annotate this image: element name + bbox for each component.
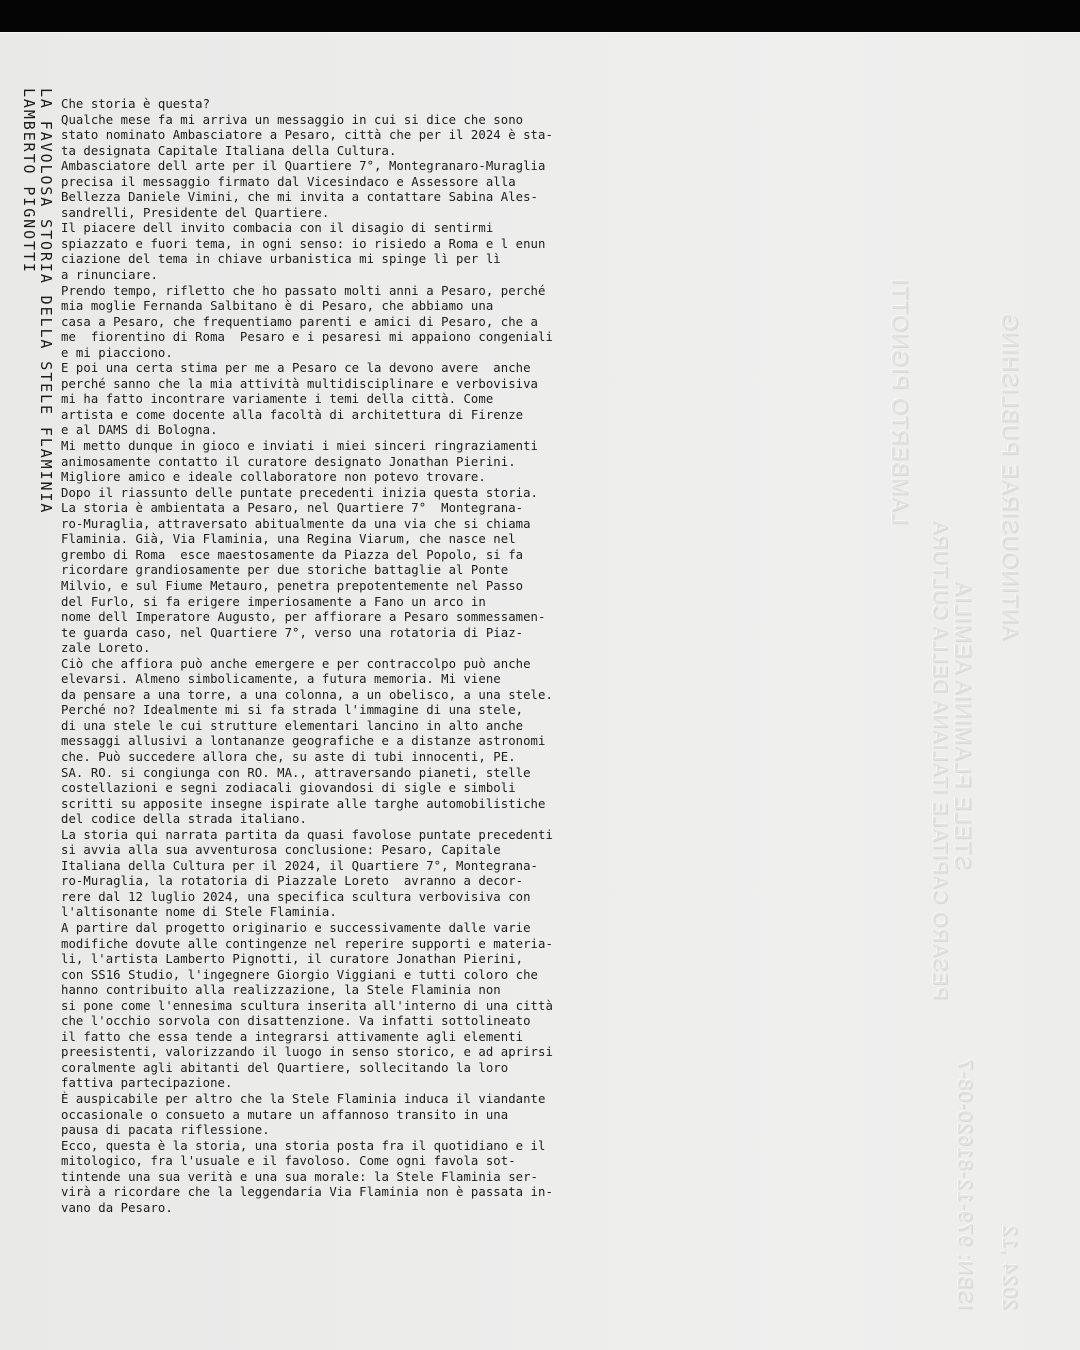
body-line: Mi metto dunque in gioco e inviati i mie… <box>61 439 581 455</box>
body-line: si avvia alla sua avventurosa conclusion… <box>61 843 581 859</box>
body-line: del codice della strada italiano. <box>61 812 581 828</box>
body-line: si pone come l'ennesima scultura inserit… <box>61 999 581 1015</box>
body-line: te guarda caso, nel Quartiere 7°, verso … <box>61 626 581 642</box>
body-line: mi ha fatto incontrare variamente i temi… <box>61 392 581 408</box>
body-line: li, l'artista Lamberto Pignotti, il cura… <box>61 952 581 968</box>
body-line: messaggi allusivi a lontananze geografic… <box>61 734 581 750</box>
emboss-line-author: LAMBERTO PIGNOTTI <box>886 278 912 525</box>
emboss-line-title: STELE FLAMINIA AEMILIA <box>949 580 975 870</box>
body-line: me fiorentino di Roma Pesaro e i pesares… <box>61 330 581 346</box>
body-line: Migliore amico e ideale collaboratore no… <box>61 470 581 486</box>
body-line: Dopo il riassunto delle puntate preceden… <box>61 486 581 502</box>
body-line: Flaminia. Già, Via Flaminia, una Regina … <box>61 532 581 548</box>
body-line: Ambasciatore dell arte per il Quartiere … <box>61 159 581 175</box>
body-line: ciazione del tema in chiave urbanistica … <box>61 252 581 268</box>
body-line: virà a ricordare che la leggendaria Via … <box>61 1185 581 1201</box>
body-line: ta designata Capitale Italiana della Cul… <box>61 144 581 160</box>
body-line: l'altisonante nome di Stele Flaminia. <box>61 905 581 921</box>
body-line: pausa di pacata riflessione. <box>61 1123 581 1139</box>
body-line: Che storia è questa? <box>61 97 581 113</box>
body-line: tintende una sua verità e una sua morale… <box>61 1170 581 1186</box>
body-line: ro-Muraglia, attraversato abitualmente d… <box>61 517 581 533</box>
body-line: E poi una certa stima per me a Pesaro ce… <box>61 361 581 377</box>
body-line: Italiana della Cultura per il 2024, il Q… <box>61 859 581 875</box>
body-line: precisa il messaggio firmato dal Vicesin… <box>61 175 581 191</box>
body-line: spiazzato e fuori tema, in ogni senso: i… <box>61 237 581 253</box>
body-line: Ecco, questa è la storia, una storia pos… <box>61 1139 581 1155</box>
body-line: con SS16 Studio, l'ingegnere Giorgio Vig… <box>61 968 581 984</box>
emboss-line-subtitle: PESARO CAPITALE ITALIANA DELLA CULTURA <box>927 520 950 1000</box>
body-line: coralmente agli abitanti del Quartiere, … <box>61 1061 581 1077</box>
body-line: rere dal 12 luglio 2024, una specifica s… <box>61 890 581 906</box>
body-line: Prendo tempo, rifletto che ho passato mo… <box>61 284 581 300</box>
body-line: elevarsi. Almeno simbolicamente, a futur… <box>61 672 581 688</box>
body-line: scritti su apposite insegne ispirate all… <box>61 797 581 813</box>
body-line: mia moglie Fernanda Salbitano è di Pesar… <box>61 299 581 315</box>
emboss-line-isbn: ISBN: 979-12-81620-08-7 <box>952 1058 975 1310</box>
body-line: e al DAMS di Bologna. <box>61 423 581 439</box>
body-line: costellazioni e segni zodiacali giovando… <box>61 781 581 797</box>
emboss-line-date: 2024 ,12 <box>997 1224 1020 1310</box>
body-line: La storia è ambientata a Pesaro, nel Qua… <box>61 501 581 517</box>
body-line: casa a Pesaro, che frequentiamo parenti … <box>61 315 581 331</box>
body-line: Milvio, e sul Fiume Metauro, penetra pre… <box>61 579 581 595</box>
body-line: Ciò che affiora può anche emergere e per… <box>61 657 581 673</box>
body-line: ro-Muraglia, la rotatoria di Piazzale Lo… <box>61 874 581 890</box>
body-line: Qualche mese fa mi arriva un messaggio i… <box>61 113 581 129</box>
vertical-title: LA FAVOLOSA STORIA DELLA STELE FLAMINIA … <box>20 88 54 514</box>
body-line: nome dell Imperatore Augusto, per affior… <box>61 610 581 626</box>
body-line: grembo di Roma esce maestosamente da Pia… <box>61 548 581 564</box>
body-line: sandrelli, Presidente del Quartiere. <box>61 206 581 222</box>
body-line: È auspicabile per altro che la Stele Fla… <box>61 1092 581 1108</box>
body-line: Il piacere dell invito combacia con il d… <box>61 221 581 237</box>
body-line: il fatto che essa tende a integrarsi att… <box>61 1030 581 1046</box>
body-line: SA. RO. si congiunga con RO. MA., attrav… <box>61 766 581 782</box>
body-line: occasionale o consueto a mutare un affan… <box>61 1108 581 1124</box>
body-line: perché sanno che la mia attività multidi… <box>61 377 581 393</box>
body-line: Bellezza Daniele Vimini, che mi invita a… <box>61 190 581 206</box>
body-line: stato nominato Ambasciatore a Pesaro, ci… <box>61 128 581 144</box>
scanner-top-edge <box>0 0 1080 32</box>
body-line: modifiche dovute alle contingenze nel re… <box>61 937 581 953</box>
body-line: ricordare grandiosamente per due storich… <box>61 563 581 579</box>
emboss-line-publisher: ANTINOUSIRAE PUBLISHING <box>996 313 1022 640</box>
body-line: e mi piacciono. <box>61 346 581 362</box>
body-line: hanno contribuito alla realizzazione, la… <box>61 983 581 999</box>
body-line: che l'occhio sorvola con disattenzione. … <box>61 1014 581 1030</box>
body-text: Che storia è questa?Qualche mese fa mi a… <box>61 97 581 1216</box>
body-line: mitologico, fra l'usuale e il favoloso. … <box>61 1154 581 1170</box>
body-line: zale Loreto. <box>61 641 581 657</box>
body-line: vano da Pesaro. <box>61 1201 581 1217</box>
body-line: fattiva partecipazione. <box>61 1076 581 1092</box>
body-line: che. Può succedere allora che, su aste d… <box>61 750 581 766</box>
body-line: Perché no? Idealmente mi si fa strada l'… <box>61 703 581 719</box>
body-line: di una stele le cui strutture elementari… <box>61 719 581 735</box>
body-line: La storia qui narrata partita da quasi f… <box>61 828 581 844</box>
body-line: animosamente contatto il curatore design… <box>61 455 581 471</box>
body-line: preesistenti, valorizzando il luogo in s… <box>61 1045 581 1061</box>
body-line: artista e come docente alla facoltà di a… <box>61 408 581 424</box>
body-line: a rinunciare. <box>61 268 581 284</box>
body-line: da pensare a una torre, a una colonna, a… <box>61 688 581 704</box>
vertical-title-main: LA FAVOLOSA STORIA DELLA STELE FLAMINIA <box>37 88 54 514</box>
body-line: A partire dal progetto originario e succ… <box>61 921 581 937</box>
vertical-title-author: LAMBERTO PIGNOTTI <box>20 88 37 514</box>
body-line: del Furlo, si fa erigere imperiosamente … <box>61 595 581 611</box>
